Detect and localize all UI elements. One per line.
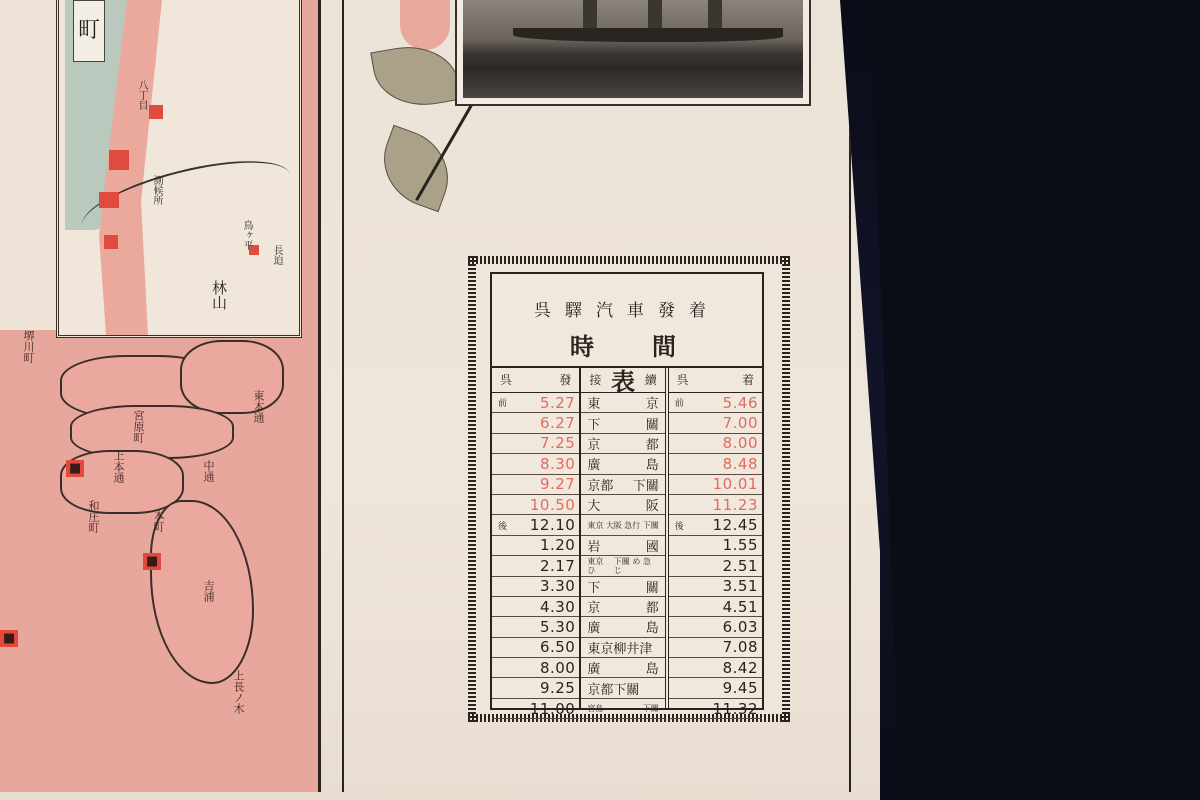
connection-destination: 下關 — [581, 577, 664, 597]
departure-time: 11.00 — [492, 699, 579, 719]
connection-destination: 東京柳井津 — [581, 638, 664, 658]
pm-mark: 後 — [498, 519, 508, 532]
warship-hull — [513, 28, 783, 42]
district-label: 上長ノ木 — [230, 670, 246, 714]
destination-text: 岩 — [587, 536, 600, 555]
connection-destination: 廣島 — [581, 617, 664, 637]
connection-destination: 京都 — [581, 434, 664, 454]
am-mark: 前 — [498, 396, 508, 409]
landmark-marker — [109, 150, 129, 170]
departure-time: 7.25 — [492, 434, 579, 454]
header-text: 呉 — [677, 368, 689, 392]
time-text: 3.51 — [723, 577, 758, 595]
district-label: 吉浦 — [200, 580, 216, 602]
time-text: 7.08 — [723, 638, 758, 656]
arrival-time: 11.32 — [669, 699, 762, 719]
time-text: 12.10 — [530, 516, 575, 534]
warship-photo — [463, 0, 803, 98]
ship-funnel — [708, 0, 722, 28]
time-text: 11.32 — [713, 700, 758, 718]
destination-text: 急行 下關 — [624, 521, 659, 530]
departure-time: 4.30 — [492, 597, 579, 617]
city-marker: ■ — [66, 460, 84, 477]
time-text: 11.23 — [713, 496, 758, 514]
arrival-time: 8.48 — [669, 454, 762, 474]
time-text: 10.01 — [713, 475, 758, 493]
timetable-columns: 呉 發 前5.276.277.258.309.2710.50後12.101.20… — [492, 368, 762, 708]
arrival-time: 後12.45 — [669, 515, 762, 535]
departure-time: 3.30 — [492, 577, 579, 597]
destination-text: 關 — [646, 414, 659, 433]
destination-text: 下關 — [643, 704, 659, 713]
arrival-time: 3.51 — [669, 577, 762, 597]
warship-photo-frame — [455, 0, 811, 106]
timetable-title-line1: 呉驛汽車發着 — [492, 274, 762, 321]
departure-time: 6.50 — [492, 638, 579, 658]
connection-destination: 廣島 — [581, 454, 664, 474]
destination-text: 東京 大阪 — [587, 521, 622, 530]
district-label: 和庄町 — [85, 500, 101, 533]
district-label: 中通 — [200, 460, 216, 482]
district-label: 堺川町 — [20, 330, 36, 363]
connection-destination: 岩國 — [581, 536, 664, 556]
header-text: 續 — [645, 368, 657, 392]
connection-destination: 東京 大阪急行 下關 — [581, 515, 664, 535]
connection-destination: 廣島 — [581, 658, 664, 678]
inset-map: 町 林山 長迫 鳥ヶ平 測候所 八丁目 — [56, 0, 302, 338]
time-text: 8.48 — [723, 455, 758, 473]
district-block — [180, 340, 284, 414]
am-mark: 前 — [675, 396, 685, 409]
pm-mark: 後 — [675, 519, 685, 532]
header-text: 接 — [589, 368, 601, 392]
time-text: 8.00 — [723, 434, 758, 452]
destination-text: 下關 — [633, 475, 659, 494]
city-marker: ■ — [143, 553, 161, 570]
connection-destination: 宮島下關 — [581, 699, 664, 719]
time-text: 1.55 — [723, 536, 758, 554]
time-text: 4.51 — [723, 598, 758, 616]
departure-time: 後12.10 — [492, 515, 579, 535]
destination-text: 下 — [587, 414, 600, 433]
landmark-marker — [99, 192, 119, 208]
arrival-time: 8.42 — [669, 658, 762, 678]
destination-text: 島 — [646, 658, 659, 677]
destination-text: 東 — [587, 393, 600, 412]
timetable-border: 呉驛汽車發着 時間表 呉 發 前5.276.277.258.309.2710.5… — [468, 256, 790, 722]
destination-text: 島 — [646, 617, 659, 636]
district-label: 宮原町 — [130, 410, 146, 443]
header-text: 着 — [742, 368, 754, 392]
departure-header: 呉 發 — [492, 368, 579, 393]
destination-text: 京都下關 — [587, 679, 639, 698]
arrival-time: 8.00 — [669, 434, 762, 454]
connection-destination: 下關 — [581, 413, 664, 433]
destination-text: 京 — [587, 597, 600, 616]
destination-text: 下關 め 急じ — [614, 557, 659, 575]
departure-time: 9.27 — [492, 475, 579, 495]
destination-text: 島 — [646, 454, 659, 473]
arrival-time: 11.23 — [669, 495, 762, 515]
destination-text: 都 — [646, 434, 659, 453]
city-marker: ■ — [0, 630, 18, 647]
arrival-time: 4.51 — [669, 597, 762, 617]
connection-destination: 京都下關 — [581, 678, 664, 698]
place-label: 測候所 — [149, 175, 164, 205]
arrival-time: 2.51 — [669, 556, 762, 576]
destination-text: 宮島 — [587, 704, 603, 713]
destination-text: 廣 — [587, 617, 600, 636]
place-label: 鳥ヶ平 — [239, 220, 254, 250]
arrival-time: 9.45 — [669, 678, 762, 698]
city-map-panel: 町 林山 長迫 鳥ヶ平 測候所 八丁目 ■ ■ ■ 東本通 上本通 堺川町 本町… — [0, 0, 321, 792]
arrival-time: 1.55 — [669, 536, 762, 556]
departure-time: 6.27 — [492, 413, 579, 433]
time-text: 6.03 — [723, 618, 758, 636]
time-text: 5.27 — [540, 394, 575, 412]
arrival-time: 前5.46 — [669, 393, 762, 413]
destination-text: 廣 — [587, 454, 600, 473]
connection-column: 接 續 東京下關京都廣島京都下關大阪東京 大阪急行 下關岩國東京 ひ下關 め 急… — [581, 368, 668, 708]
time-text: 7.00 — [723, 414, 758, 432]
destination-text: 東京柳井津 — [587, 638, 652, 657]
destination-text: 下 — [587, 577, 600, 596]
district-label: 上本通 — [110, 450, 126, 483]
destination-text: 大 — [587, 495, 600, 514]
destination-text: 關 — [646, 577, 659, 596]
departure-time: 前5.27 — [492, 393, 579, 413]
landmark-marker — [104, 235, 118, 249]
dark-cloth — [870, 0, 1200, 800]
destination-text: 阪 — [646, 495, 659, 514]
time-text: 12.45 — [713, 516, 758, 534]
destination-text: 京 — [646, 393, 659, 412]
connection-header: 接 續 — [581, 368, 664, 393]
time-text: 8.42 — [723, 659, 758, 677]
district-label: 東本通 — [250, 390, 266, 423]
landmark-marker — [149, 105, 163, 119]
destination-text: 都 — [646, 597, 659, 616]
arrival-column: 呉 着 前5.467.008.008.4810.0111.23後12.451.5… — [669, 368, 762, 708]
destination-text: 東京 ひ — [587, 557, 613, 575]
destination-text: 國 — [646, 536, 659, 555]
connection-destination: 東京 — [581, 393, 664, 413]
departure-time: 10.50 — [492, 495, 579, 515]
place-label: 長迫 — [269, 245, 284, 265]
departure-time: 9.25 — [492, 678, 579, 698]
time-text: 2.51 — [723, 557, 758, 575]
departure-column: 呉 發 前5.276.277.258.309.2710.50後12.101.20… — [492, 368, 581, 708]
destination-text: 廣 — [587, 658, 600, 677]
arrival-time: 6.03 — [669, 617, 762, 637]
departure-time: 8.00 — [492, 658, 579, 678]
arrival-time: 10.01 — [669, 475, 762, 495]
arrival-time: 7.08 — [669, 638, 762, 658]
time-text: 9.45 — [723, 679, 758, 697]
arrival-time: 7.00 — [669, 413, 762, 433]
departure-time: 5.30 — [492, 617, 579, 637]
connection-destination: 京都下關 — [581, 475, 664, 495]
place-label: 八丁目 — [134, 80, 149, 110]
arrival-header: 呉 着 — [669, 368, 762, 393]
time-text: 5.46 — [723, 394, 758, 412]
district-label: 本町 — [150, 510, 166, 532]
cherry-blossom-illustration — [400, 0, 450, 50]
timetable: 呉驛汽車發着 時間表 呉 發 前5.276.277.258.309.2710.5… — [490, 272, 764, 710]
connection-destination: 大阪 — [581, 495, 664, 515]
brochure-sheet: 町 林山 長迫 鳥ヶ平 測候所 八丁目 ■ ■ ■ 東本通 上本通 堺川町 本町… — [0, 0, 880, 800]
destination-text: 京都 — [587, 475, 613, 494]
connection-destination: 京都 — [581, 597, 664, 617]
inset-label: 町 — [73, 0, 105, 62]
ship-funnel — [648, 0, 662, 28]
ship-funnel — [583, 0, 597, 28]
destination-text: 京 — [587, 434, 600, 453]
header-text: 發 — [559, 368, 571, 392]
connection-destination: 東京 ひ下關 め 急じ — [581, 556, 664, 576]
timetable-title: 呉驛汽車發着 時間表 — [492, 274, 762, 368]
place-label: 林山 — [209, 280, 230, 310]
header-text: 呉 — [500, 368, 512, 392]
departure-time: 1.20 — [492, 536, 579, 556]
departure-time: 2.17 — [492, 556, 579, 576]
departure-time: 8.30 — [492, 454, 579, 474]
